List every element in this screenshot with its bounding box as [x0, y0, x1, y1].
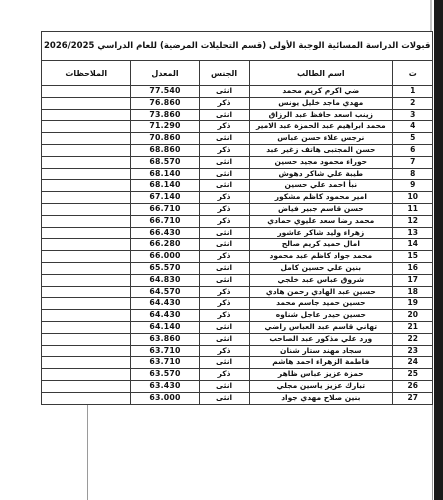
- cell-no: 7: [393, 156, 433, 168]
- cell-gender: ذكر: [199, 215, 249, 227]
- cell-gender: ذكر: [199, 345, 249, 357]
- table-row: 18حسين عبد الهادي رحمن هاديذكر64.570: [42, 286, 433, 298]
- cell-no: 13: [393, 227, 433, 239]
- cell-notes: [42, 203, 131, 215]
- cell-no: 12: [393, 215, 433, 227]
- cell-grade: 67.140: [131, 192, 199, 204]
- cell-name: سجاد مهند ستار شنان: [249, 345, 392, 357]
- table-row: 10امير محمود كاظم مشكورذكر67.140: [42, 192, 433, 204]
- cell-name: طيبة علي شاكر دهوش: [249, 168, 392, 180]
- scanned-document-page: { "document": { "title": "قبولات الدراسة…: [0, 0, 443, 500]
- cell-notes: [42, 286, 131, 298]
- table-row: 15محمد جواد كاظم عبد محمودذكر66.000: [42, 251, 433, 263]
- cell-grade: 77.540: [131, 86, 199, 98]
- cell-no: 27: [393, 392, 433, 404]
- cell-no: 26: [393, 380, 433, 392]
- cell-name: حسين حميد جاسم محمد: [249, 298, 392, 310]
- cell-grade: 76.860: [131, 97, 199, 109]
- cell-gender: ذكر: [199, 251, 249, 263]
- cell-gender: انثى: [199, 321, 249, 333]
- cell-grade: 66.710: [131, 203, 199, 215]
- cell-no: 9: [393, 180, 433, 192]
- cell-name: فاطمة الزهراء احمد هاشم: [249, 357, 392, 369]
- cell-name: حسين حيدر عاجل شناوه: [249, 310, 392, 322]
- cell-grade: 63.710: [131, 357, 199, 369]
- header-grade: المعدل: [131, 61, 199, 86]
- cell-no: 19: [393, 298, 433, 310]
- cell-no: 10: [393, 192, 433, 204]
- cell-gender: انثى: [199, 86, 249, 98]
- cell-notes: [42, 227, 131, 239]
- table-row: 1ضي اكرم كريم محمدانثى77.540: [42, 86, 433, 98]
- cell-no: 25: [393, 369, 433, 381]
- document-title: قبولات الدراسة المسائية الوجبة الأولى (ق…: [42, 32, 433, 61]
- cell-notes: [42, 392, 131, 404]
- cell-grade: 71.290: [131, 121, 199, 133]
- cell-no: 20: [393, 310, 433, 322]
- page-edge-dark-strip: [434, 0, 443, 500]
- cell-gender: انثى: [199, 262, 249, 274]
- cell-notes: [42, 133, 131, 145]
- table-row: 12محمد رضا سعد عليوي حماديذكر66.710: [42, 215, 433, 227]
- cell-notes: [42, 357, 131, 369]
- cell-gender: ذكر: [199, 298, 249, 310]
- cell-name: حوراء محمود مجيد حسين: [249, 156, 392, 168]
- table-row: 5نرجس علاء حسن عباسانثى70.860: [42, 133, 433, 145]
- cell-grade: 63.430: [131, 380, 199, 392]
- cell-gender: انثى: [199, 357, 249, 369]
- cell-notes: [42, 310, 131, 322]
- cell-notes: [42, 333, 131, 345]
- cell-gender: انثى: [199, 392, 249, 404]
- cell-name: بنين علي حسين كامل: [249, 262, 392, 274]
- cell-name: تبارك عزيز ياسين مجلي: [249, 380, 392, 392]
- cell-gender: انثى: [199, 180, 249, 192]
- cell-no: 5: [393, 133, 433, 145]
- table-row: 7حوراء محمود مجيد حسينانثى68.570: [42, 156, 433, 168]
- cell-no: 15: [393, 251, 433, 263]
- table-row: 8طيبة علي شاكر دهوشانثى68.140: [42, 168, 433, 180]
- table-header-row: ت اسم الطالب الجنس المعدل الملاحظات: [42, 61, 433, 86]
- admissions-table: قبولات الدراسة المسائية الوجبة الأولى (ق…: [41, 31, 433, 405]
- cell-no: 22: [393, 333, 433, 345]
- cell-no: 2: [393, 97, 433, 109]
- cell-gender: ذكر: [199, 286, 249, 298]
- cell-name: محمد رضا سعد عليوي حمادي: [249, 215, 392, 227]
- cell-notes: [42, 239, 131, 251]
- cell-no: 4: [393, 121, 433, 133]
- cell-gender: ذكر: [199, 310, 249, 322]
- cell-grade: 64.830: [131, 274, 199, 286]
- table-row: 16بنين علي حسين كاملانثى65.570: [42, 262, 433, 274]
- table-row: 26تبارك عزيز ياسين مجليانثى63.430: [42, 380, 433, 392]
- cell-notes: [42, 369, 131, 381]
- cell-notes: [42, 215, 131, 227]
- cell-no: 21: [393, 321, 433, 333]
- cell-name: حسن قاسم جبير فياض: [249, 203, 392, 215]
- table-row: 20حسين حيدر عاجل شناوهذكر64.430: [42, 310, 433, 322]
- cell-notes: [42, 251, 131, 263]
- cell-name: زينب اسعد حافظ عبد الرزاق: [249, 109, 392, 121]
- header-no: ت: [393, 61, 433, 86]
- cell-name: مهدي ماجد خليل يونس: [249, 97, 392, 109]
- table-row: 27بنين صلاح مهدي جوادانثى63.000: [42, 392, 433, 404]
- cell-no: 11: [393, 203, 433, 215]
- cell-notes: [42, 192, 131, 204]
- cell-grade: 63.710: [131, 345, 199, 357]
- table-row: 23سجاد مهند ستار شنانذكر63.710: [42, 345, 433, 357]
- cell-grade: 66.710: [131, 215, 199, 227]
- table-row: 25حمزة عزيز عباس ظاهرذكر63.570: [42, 369, 433, 381]
- cell-no: 17: [393, 274, 433, 286]
- cell-grade: 63.860: [131, 333, 199, 345]
- cell-name: نبأ احمد علي حسين: [249, 180, 392, 192]
- cell-notes: [42, 298, 131, 310]
- cell-notes: [42, 156, 131, 168]
- table-row: 17شروق عباس عبد خلجيانثى64.830: [42, 274, 433, 286]
- table-row: 22ورد علي مذكور عبد الصاحبانثى63.860: [42, 333, 433, 345]
- table-row: 13زهراء وليد شاكر عاشورانثى66.430: [42, 227, 433, 239]
- cell-grade: 70.860: [131, 133, 199, 145]
- table-row: 11حسن قاسم جبير فياضذكر66.710: [42, 203, 433, 215]
- cell-notes: [42, 97, 131, 109]
- cell-notes: [42, 121, 131, 133]
- cell-notes: [42, 109, 131, 121]
- cell-grade: 68.860: [131, 144, 199, 156]
- table-body: 1ضي اكرم كريم محمدانثى77.5402مهدي ماجد خ…: [42, 86, 433, 405]
- cell-name: حمزة عزيز عباس ظاهر: [249, 369, 392, 381]
- cell-gender: انثى: [199, 109, 249, 121]
- cell-grade: 68.570: [131, 156, 199, 168]
- cell-gender: انثى: [199, 333, 249, 345]
- table-row: 24فاطمة الزهراء احمد هاشمانثى63.710: [42, 357, 433, 369]
- cell-name: بنين صلاح مهدي جواد: [249, 392, 392, 404]
- cell-name: شروق عباس عبد خلجي: [249, 274, 392, 286]
- cell-grade: 65.570: [131, 262, 199, 274]
- cell-no: 1: [393, 86, 433, 98]
- cell-no: 14: [393, 239, 433, 251]
- cell-gender: انثى: [199, 133, 249, 145]
- cell-no: 6: [393, 144, 433, 156]
- cell-grade: 64.430: [131, 310, 199, 322]
- cell-notes: [42, 274, 131, 286]
- cell-grade: 73.860: [131, 109, 199, 121]
- title-row: قبولات الدراسة المسائية الوجبة الأولى (ق…: [42, 32, 433, 61]
- cell-name: ضي اكرم كريم محمد: [249, 86, 392, 98]
- cell-notes: [42, 321, 131, 333]
- table-row: 3زينب اسعد حافظ عبد الرزاقانثى73.860: [42, 109, 433, 121]
- cell-grade: 66.000: [131, 251, 199, 263]
- table-row: 21تهاني قاسم عبد العباس راضيانثى64.140: [42, 321, 433, 333]
- cell-gender: ذكر: [199, 203, 249, 215]
- cell-notes: [42, 144, 131, 156]
- cell-notes: [42, 262, 131, 274]
- empty-table-frame-continuation: [87, 405, 433, 500]
- cell-gender: انثى: [199, 380, 249, 392]
- cell-grade: 64.570: [131, 286, 199, 298]
- cell-name: زهراء وليد شاكر عاشور: [249, 227, 392, 239]
- cell-notes: [42, 380, 131, 392]
- cell-notes: [42, 180, 131, 192]
- cell-name: محمد جواد كاظم عبد محمود: [249, 251, 392, 263]
- cell-grade: 66.430: [131, 227, 199, 239]
- cell-gender: ذكر: [199, 144, 249, 156]
- cell-grade: 64.140: [131, 321, 199, 333]
- cell-no: 8: [393, 168, 433, 180]
- table-row: 6حسن المجتبى هاتف زغير عبدذكر68.860: [42, 144, 433, 156]
- cell-gender: انثى: [199, 274, 249, 286]
- table-row: 2مهدي ماجد خليل يونسذكر76.860: [42, 97, 433, 109]
- cell-grade: 64.430: [131, 298, 199, 310]
- cell-grade: 63.000: [131, 392, 199, 404]
- cell-grade: 68.140: [131, 168, 199, 180]
- cell-no: 24: [393, 357, 433, 369]
- cell-no: 3: [393, 109, 433, 121]
- cell-gender: انثى: [199, 239, 249, 251]
- header-gender: الجنس: [199, 61, 249, 86]
- cell-gender: ذكر: [199, 97, 249, 109]
- cell-gender: ذكر: [199, 369, 249, 381]
- cell-gender: انثى: [199, 168, 249, 180]
- admissions-document: قبولات الدراسة المسائية الوجبة الأولى (ق…: [41, 31, 433, 500]
- cell-gender: انثى: [199, 227, 249, 239]
- cell-gender: انثى: [199, 156, 249, 168]
- cell-name: امال حميد كريم صالح: [249, 239, 392, 251]
- header-name: اسم الطالب: [249, 61, 392, 86]
- cell-grade: 66.280: [131, 239, 199, 251]
- table-row: 14امال حميد كريم صالحانثى66.280: [42, 239, 433, 251]
- cell-no: 16: [393, 262, 433, 274]
- cell-name: حسن المجتبى هاتف زغير عبد: [249, 144, 392, 156]
- cell-notes: [42, 86, 131, 98]
- cell-name: حسين عبد الهادي رحمن هادي: [249, 286, 392, 298]
- cell-no: 23: [393, 345, 433, 357]
- cell-name: ورد علي مذكور عبد الصاحب: [249, 333, 392, 345]
- cell-gender: ذكر: [199, 121, 249, 133]
- table-row: 9نبأ احمد علي حسينانثى68.140: [42, 180, 433, 192]
- cell-notes: [42, 168, 131, 180]
- cell-notes: [42, 345, 131, 357]
- cell-grade: 63.570: [131, 369, 199, 381]
- cell-name: تهاني قاسم عبد العباس راضي: [249, 321, 392, 333]
- cell-gender: ذكر: [199, 192, 249, 204]
- cell-name: محمد ابراهيم عبد الحمزة عبد الامير: [249, 121, 392, 133]
- table-row: 19حسين حميد جاسم محمدذكر64.430: [42, 298, 433, 310]
- cell-no: 18: [393, 286, 433, 298]
- cell-grade: 68.140: [131, 180, 199, 192]
- cell-name: نرجس علاء حسن عباس: [249, 133, 392, 145]
- table-row: 4محمد ابراهيم عبد الحمزة عبد الاميرذكر71…: [42, 121, 433, 133]
- header-notes: الملاحظات: [42, 61, 131, 86]
- cell-name: امير محمود كاظم مشكور: [249, 192, 392, 204]
